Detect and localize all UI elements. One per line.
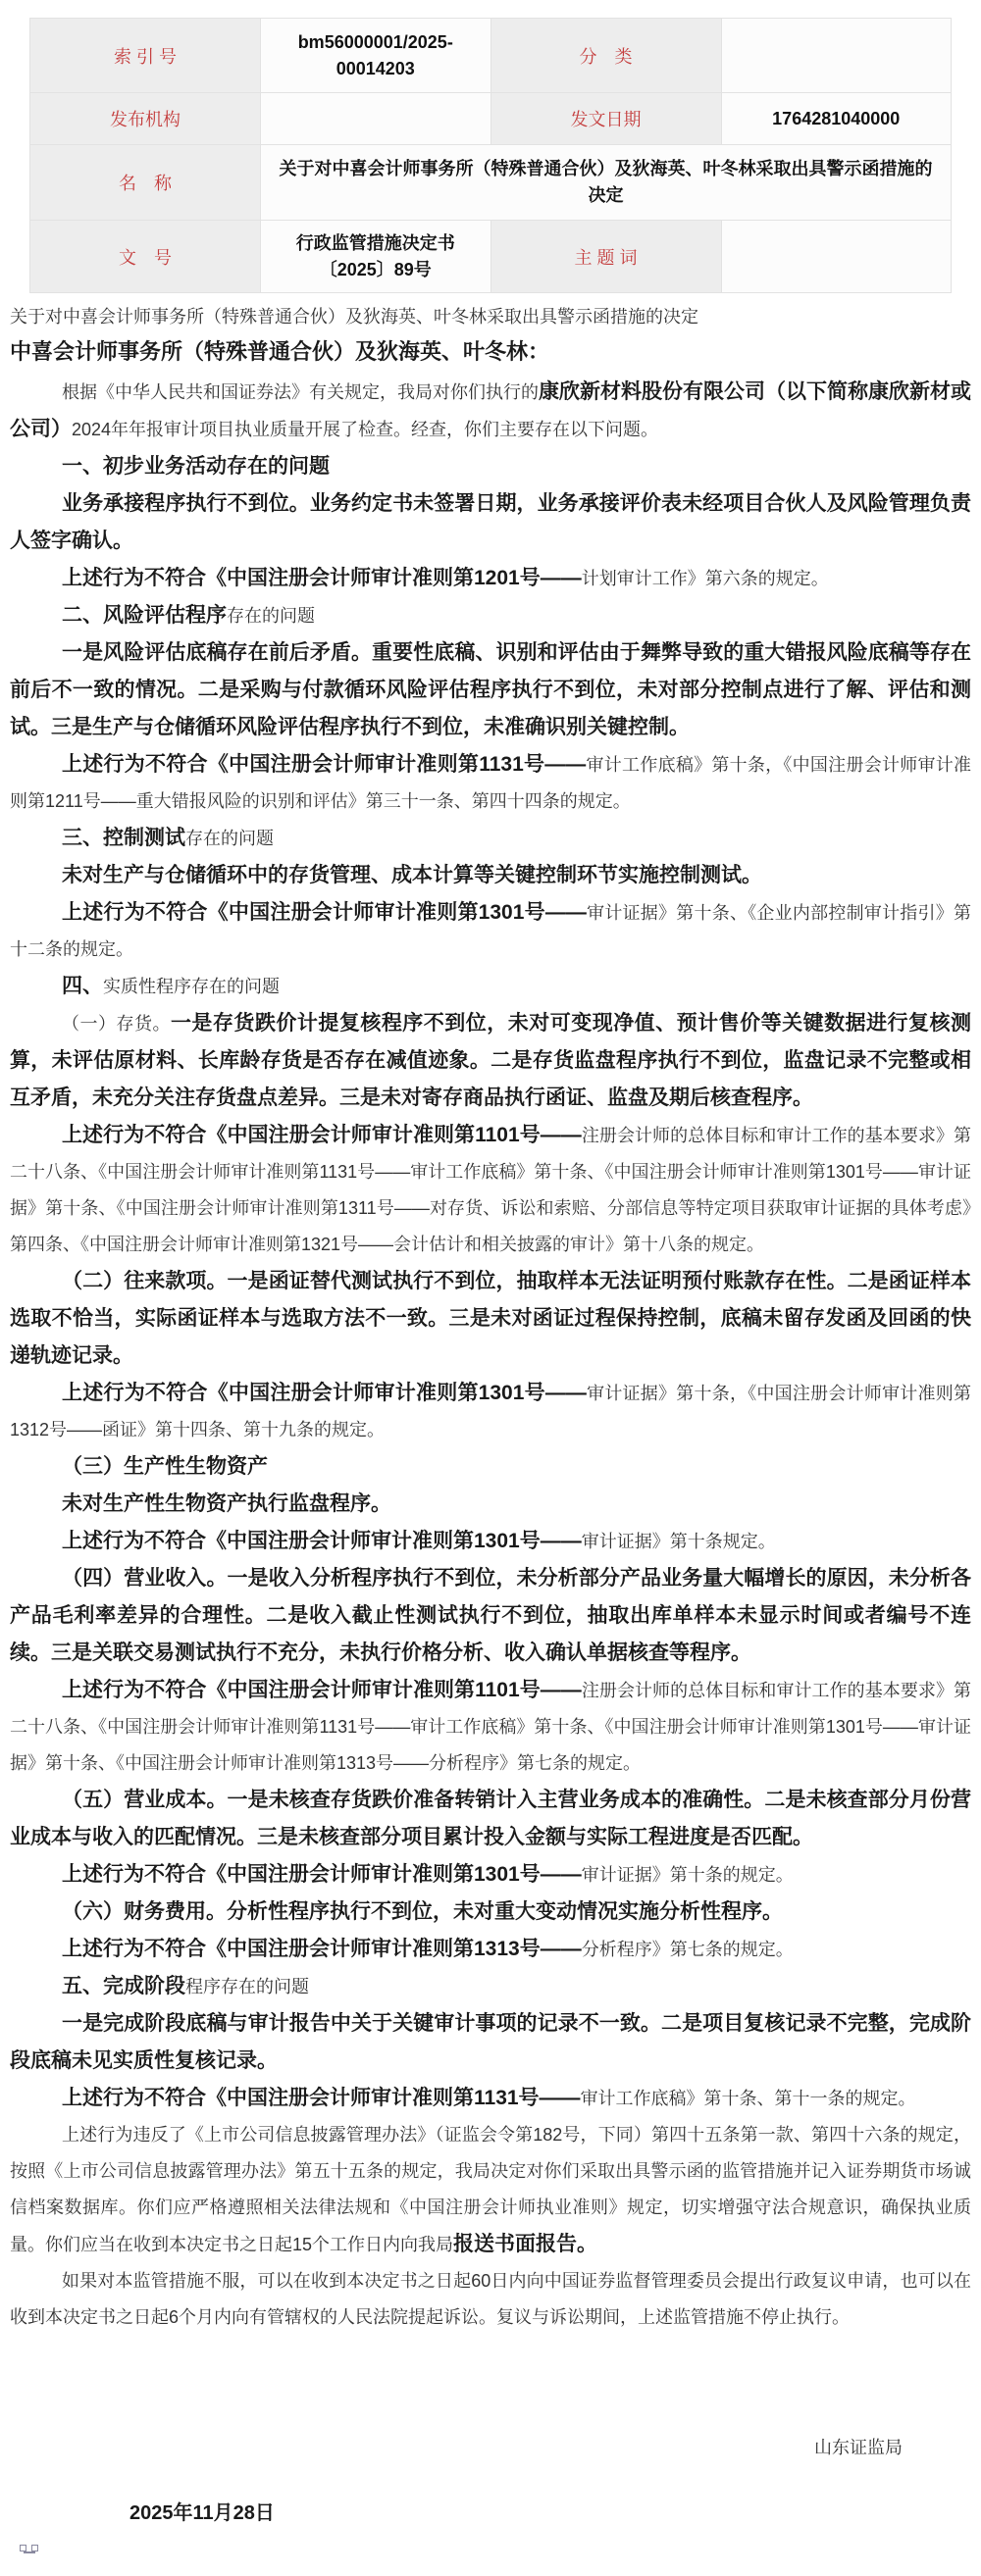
document-page: 索 引 号 bm56000001/2025-00014203 分 类 发布机构 …: [0, 0, 981, 2576]
paragraph: （五）营业成本。一是未核查存货跌价准备转销计入主营业务成本的准确性。二是未核查部…: [10, 1782, 971, 1856]
broken-image-square: [31, 2545, 38, 2551]
paragraph: 上述行为不符合《中国注册会计师审计准则第1131号——审计工作底稿》第十条、第十…: [10, 2080, 971, 2117]
section-heading: 一、初步业务活动存在的问题: [10, 448, 971, 485]
paragraph: 未对生产与仓储循环中的存货管理、成本计算等关键控制环节实施控制测试。: [10, 857, 971, 894]
doc-name-value: 关于对中喜会计师事务所（特殊普通合伙）及狄海英、叶冬林采取出具警示函措施的决定: [261, 145, 952, 221]
issue-date-label: 发文日期: [490, 93, 721, 145]
paragraph: （六）财务费用。分析性程序执行不到位，未对重大变动情况实施分析性程序。: [10, 1894, 971, 1931]
paragraph: 上述行为不符合《中国注册会计师审计准则第1313号——分析程序》第七条的规定。: [10, 1931, 971, 1968]
text-run: 如果对本监管措施不服，可以在收到本决定书之日起60日内向中国证券监督管理委员会提…: [10, 2271, 971, 2327]
index-number-value: bm56000001/2025-00014203: [261, 19, 491, 93]
document-title: 关于对中喜会计师事务所（特殊普通合伙）及狄海英、叶冬林采取出具警示函措施的决定: [10, 305, 971, 328]
paragraph: 上述行为违反了《上市公司信息披露管理办法》（证监会令第182号，下同）第四十五条…: [10, 2117, 971, 2263]
text-run: 存在的问题: [227, 606, 315, 626]
signature-organization: 山东证监局: [0, 2434, 981, 2459]
paragraph-list: 根据《中华人民共和国证券法》有关规定，我局对你们执行的康欣新材料股份有限公司（以…: [0, 372, 981, 2336]
text-run: （一）存货。: [62, 1014, 171, 1034]
text-run: 分析程序》第七条的规定。: [582, 1940, 794, 1959]
bold-run: （二）往来款项。一是函证替代测试执行不到位，抽取样本无法证明预付账款存在性。二是…: [10, 1270, 971, 1367]
paragraph: 上述行为不符合《中国注册会计师审计准则第1101号——注册会计师的总体目标和审计…: [10, 1117, 971, 1263]
bold-run: 上述行为不符合《中国注册会计师审计准则第1313号——: [62, 1938, 582, 1960]
category-label: 分 类: [490, 19, 721, 93]
bold-run: 上述行为不符合《中国注册会计师审计准则第1201号——: [62, 567, 582, 589]
section-heading: 五、完成阶段程序存在的问题: [10, 1968, 971, 2005]
bold-run: 三、控制测试: [62, 827, 185, 849]
bold-run: （三）生产性生物资产: [62, 1455, 268, 1478]
bold-run: 未对生产与仓储循环中的存货管理、成本计算等关键控制环节实施控制测试。: [62, 864, 762, 886]
publisher-label: 发布机构: [30, 93, 261, 145]
paragraph: 业务承接程序执行不到位。业务约定书未签署日期，业务承接评价表未经项目合伙人及风险…: [10, 485, 971, 560]
paragraph: 上述行为不符合《中国注册会计师审计准则第1101号——注册会计师的总体目标和审计…: [10, 1672, 971, 1782]
signature-date: 2025年11月28日: [129, 2497, 981, 2525]
bold-run: 一是风险评估底稿存在前后矛盾。重要性底稿、识别和评估由于舞弊导致的重大错报风险底…: [10, 641, 971, 738]
bold-run: 五、完成阶段: [62, 1975, 185, 1997]
paragraph: （四）营业收入。一是收入分析程序执行不到位，未分析部分产品业务量大幅增长的原因，…: [10, 1560, 971, 1672]
category-value: [721, 19, 952, 93]
bold-run: 未对生产性生物资产执行监盘程序。: [62, 1492, 391, 1515]
text-run: 2024年年报审计项目执业质量开展了检查。经查，你们主要存在以下问题。: [72, 420, 658, 439]
paragraph: 如果对本监管措施不服，可以在收到本决定书之日起60日内向中国证券监督管理委员会提…: [10, 2263, 971, 2336]
paragraph: 一是风险评估底稿存在前后矛盾。重要性底稿、识别和评估由于舞弊导致的重大错报风险底…: [10, 634, 971, 746]
table-row: 发布机构 发文日期 1764281040000: [30, 93, 952, 145]
bold-run: 上述行为不符合《中国注册会计师审计准则第1301号——: [62, 901, 587, 924]
paragraph: （一）存货。一是存货跌价计提复核程序不到位，未对可变现净值、预计售价等关键数据进…: [10, 1005, 971, 1117]
subject-words-value: [721, 221, 952, 293]
bold-run: （四）营业收入。一是收入分析程序执行不到位，未分析部分产品业务量大幅增长的原因，…: [10, 1567, 971, 1664]
bold-run: 一是完成阶段底稿与审计报告中关于关键审计事项的记录不一致。二是项目复核记录不完整…: [10, 2012, 971, 2072]
text-run: 审计工作底稿》第十条、第十一条的规定。: [581, 2089, 916, 2108]
addressee-line: 中喜会计师事务所（特殊普通合伙）及狄海英、叶冬林：: [10, 332, 971, 372]
doc-name-label: 名 称: [30, 145, 261, 221]
bold-run: 一、初步业务活动存在的问题: [62, 455, 330, 478]
broken-image-bar: [24, 2551, 35, 2553]
bold-run: 上述行为不符合《中国注册会计师审计准则第1301号——: [62, 1530, 582, 1552]
paragraph: （二）往来款项。一是函证替代测试执行不到位，抽取样本无法证明预付账款存在性。二是…: [10, 1263, 971, 1375]
bold-run: 上述行为不符合《中国注册会计师审计准则第1301号——: [62, 1382, 587, 1404]
bold-run: 上述行为不符合《中国注册会计师审计准则第1101号——: [62, 1124, 582, 1146]
doc-number-label: 文 号: [30, 221, 261, 293]
bold-run: 上述行为不符合《中国注册会计师审计准则第1131号——: [62, 753, 586, 776]
issue-date-value: 1764281040000: [721, 93, 952, 145]
paragraph: （三）生产性生物资产: [10, 1448, 971, 1486]
bold-run: 上述行为不符合《中国注册会计师审计准则第1131号——: [62, 2087, 581, 2109]
paragraph: 上述行为不符合《中国注册会计师审计准则第1301号——审计证据》第十条，《中国注…: [10, 1375, 971, 1448]
text-run: 程序存在的问题: [185, 1977, 309, 1996]
broken-image-square: [20, 2545, 26, 2551]
paragraph: 上述行为不符合《中国注册会计师审计准则第1131号——审计工作底稿》第十条，《中…: [10, 746, 971, 820]
bold-run: （六）财务费用。分析性程序执行不到位，未对重大变动情况实施分析性程序。: [62, 1900, 783, 1923]
section-heading: 二、风险评估程序存在的问题: [10, 597, 971, 634]
publisher-value: [261, 93, 491, 145]
text-run: 实质性程序存在的问题: [103, 977, 280, 996]
text-run: 审计证据》第十条规定。: [582, 1532, 776, 1551]
text-run: 审计证据》第十条的规定。: [582, 1865, 794, 1885]
broken-image-icon: [20, 2543, 41, 2556]
paragraph: 未对生产性生物资产执行监盘程序。: [10, 1486, 971, 1523]
text-run: 根据《中华人民共和国证券法》有关规定，我局对你们执行的: [62, 382, 539, 402]
table-row: 名 称 关于对中喜会计师事务所（特殊普通合伙）及狄海英、叶冬林采取出具警示函措施…: [30, 145, 952, 221]
doc-number-value: 行政监管措施决定书〔2025〕89号: [261, 221, 491, 293]
table-row: 索 引 号 bm56000001/2025-00014203 分 类: [30, 19, 952, 93]
text-run: 计划审计工作》第六条的规定。: [582, 569, 829, 588]
section-heading: 三、控制测试存在的问题: [10, 820, 971, 857]
paragraph: 一是完成阶段底稿与审计报告中关于关键审计事项的记录不一致。二是项目复核记录不完整…: [10, 2005, 971, 2080]
index-number-label: 索 引 号: [30, 19, 261, 93]
paragraph: 上述行为不符合《中国注册会计师审计准则第1301号——审计证据》第十条的规定。: [10, 1856, 971, 1894]
bold-run: 报送书面报告。: [453, 2233, 597, 2255]
paragraph: 上述行为不符合《中国注册会计师审计准则第1201号——计划审计工作》第六条的规定…: [10, 560, 971, 597]
metadata-table: 索 引 号 bm56000001/2025-00014203 分 类 发布机构 …: [29, 18, 952, 293]
bold-run: 上述行为不符合《中国注册会计师审计准则第1101号——: [62, 1679, 582, 1701]
bold-run: 二、风险评估程序: [62, 604, 227, 627]
bold-run: 上述行为不符合《中国注册会计师审计准则第1301号——: [62, 1863, 582, 1886]
bold-run: 业务承接程序执行不到位。业务约定书未签署日期，业务承接评价表未经项目合伙人及风险…: [10, 492, 971, 552]
section-heading: 四、实质性程序存在的问题: [10, 968, 971, 1005]
table-row: 文 号 行政监管措施决定书〔2025〕89号 主 题 词: [30, 221, 952, 293]
text-run: 存在的问题: [185, 829, 274, 848]
bold-run: 四、: [62, 975, 103, 997]
paragraph: 根据《中华人民共和国证券法》有关规定，我局对你们执行的康欣新材料股份有限公司（以…: [10, 374, 971, 448]
paragraph: 上述行为不符合《中国注册会计师审计准则第1301号——审计证据》第十条、《企业内…: [10, 894, 971, 968]
paragraph: 上述行为不符合《中国注册会计师审计准则第1301号——审计证据》第十条规定。: [10, 1523, 971, 1560]
bold-run: （五）营业成本。一是未核查存货跌价准备转销计入主营业务成本的准确性。二是未核查部…: [10, 1789, 971, 1848]
subject-words-label: 主 题 词: [490, 221, 721, 293]
